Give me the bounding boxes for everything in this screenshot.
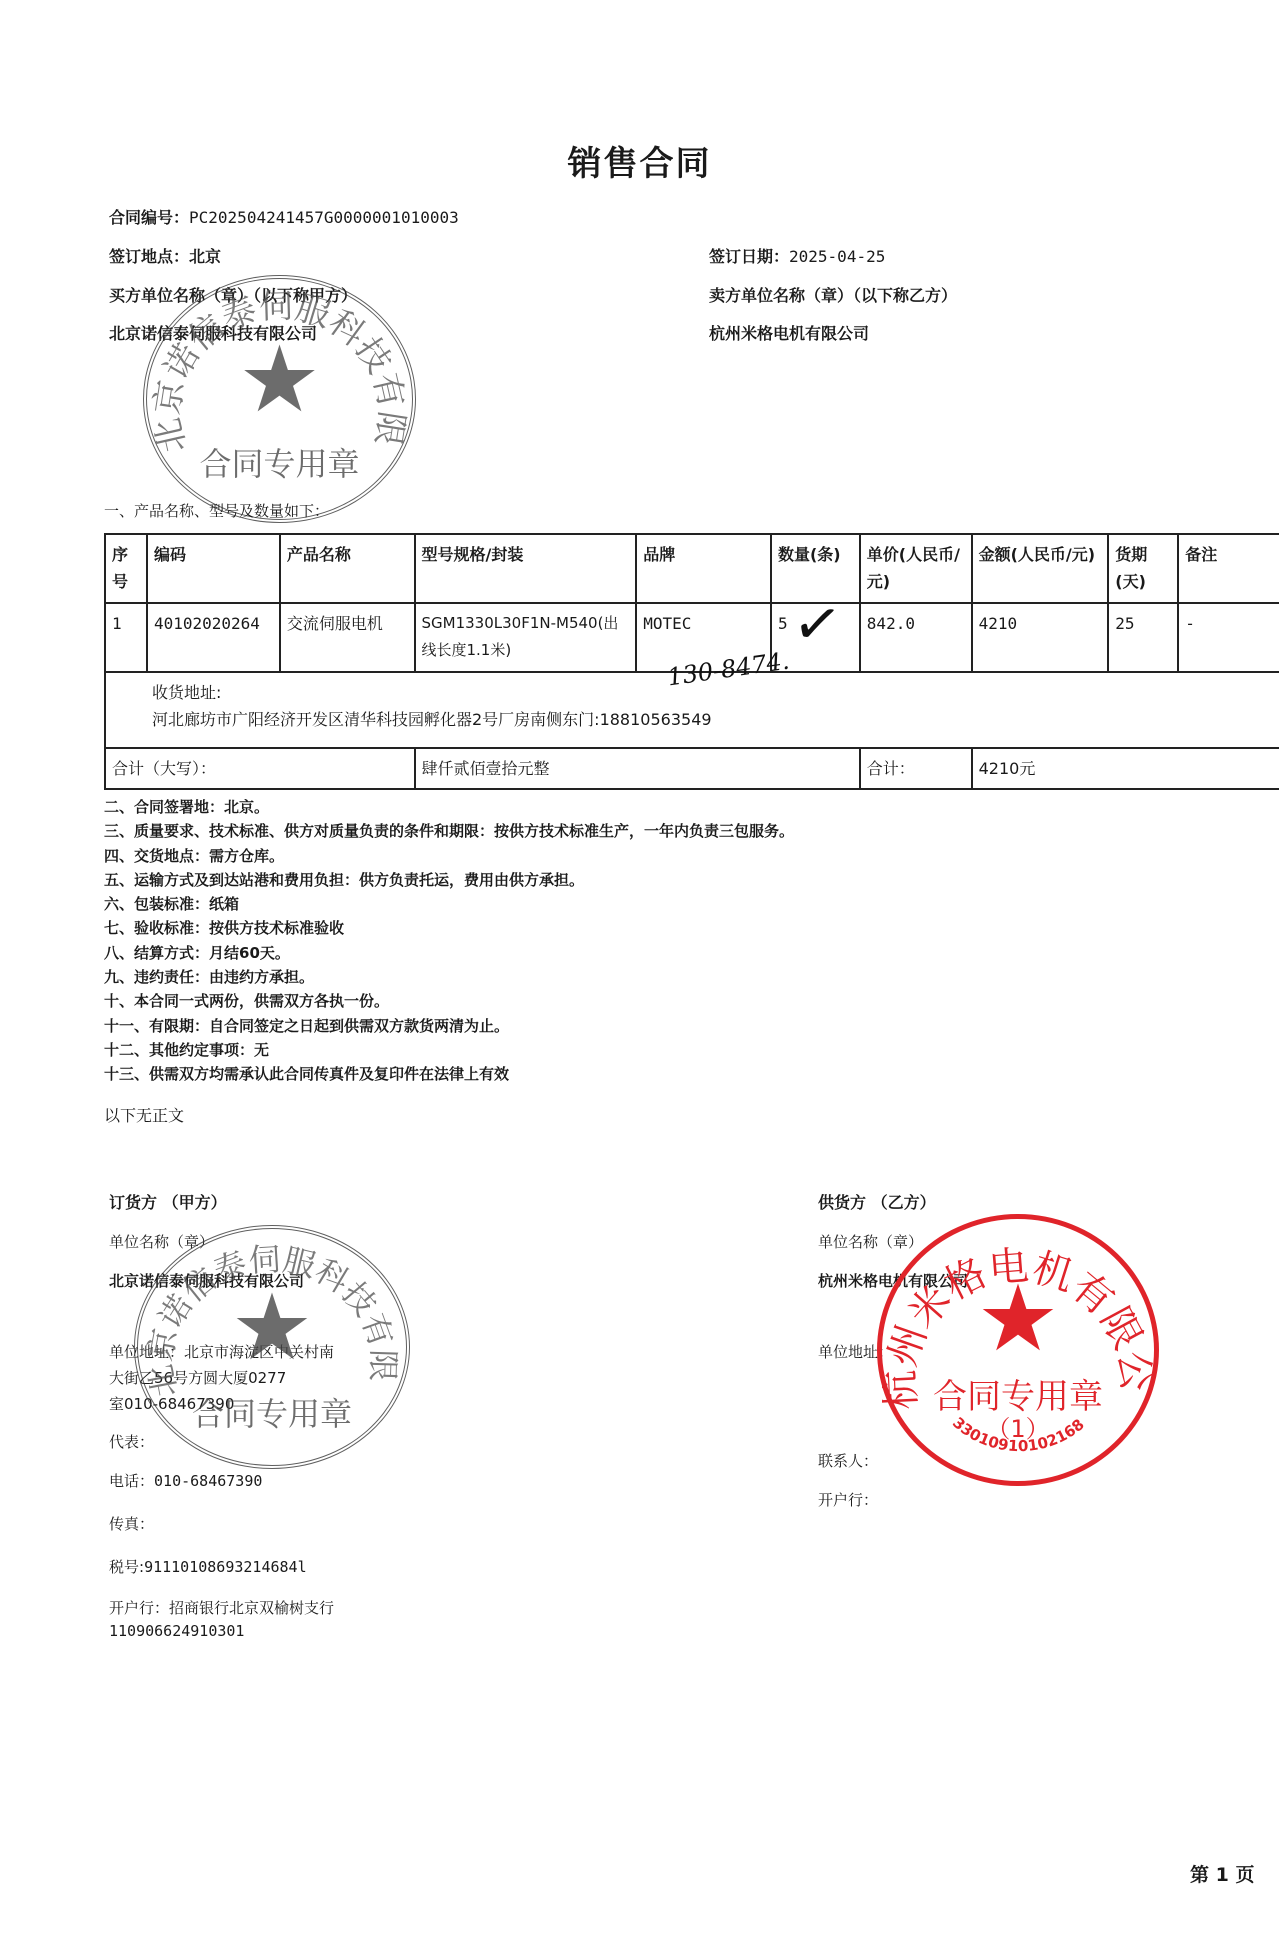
clause: 十三、供需双方均需承认此合同传真件及复印件在法律上有效	[104, 1062, 794, 1086]
buyer-tax: 税号:91110108693214684l	[109, 1556, 334, 1577]
header-cell: 编码	[147, 534, 280, 603]
header-cell: 序号	[105, 534, 147, 603]
seal-index: （1）	[882, 1409, 1154, 1444]
page-number: 第 1 页	[1190, 1860, 1254, 1887]
clause: 十、本合同一式两份，供需双方各执一份。	[104, 989, 794, 1013]
header-cell: 货期(天)	[1108, 534, 1178, 603]
clause: 七、验收标准：按供方技术标准验收	[104, 916, 794, 940]
seal-purpose: 合同专用章	[147, 439, 412, 485]
header-cell: 产品名称	[280, 534, 415, 603]
buyer-phone: 电话：010-68467390	[109, 1470, 334, 1491]
contract-clauses: 二、合同签署地：北京。 三、质量要求、技术标准、供方对质量负责的条件和期限：按供…	[104, 795, 794, 1087]
total-row: 合计（大写）： 肆仟贰佰壹拾元整 合计： 4210元	[105, 748, 1279, 789]
header-cell: 品牌	[636, 534, 771, 603]
document-title: 销售合同	[0, 136, 1279, 185]
clause: 十一、有限期：自合同签定之日起到供需双方款货两清为止。	[104, 1014, 794, 1038]
star-icon: ★	[231, 1282, 313, 1374]
contract-number-value: PC202504241457G0000001010003	[189, 208, 459, 227]
contract-number: 合同编号：PC202504241457G0000001010003	[109, 205, 459, 228]
star-icon: ★	[977, 1273, 1059, 1365]
cell-lead-time: 25	[1108, 603, 1178, 672]
clause: 八、结算方式：月结60天。	[104, 941, 794, 965]
star-icon: ★	[238, 334, 320, 426]
clause: 六、包装标准：纸箱	[104, 892, 794, 916]
buyer-phone-label: 电话：	[109, 1472, 154, 1490]
buyer-company-seal-bottom: 北京诺信泰伺服科技有限公司 ★ 合同专用章	[134, 1225, 410, 1469]
total-value: 4210元	[972, 748, 1279, 789]
clause: 十二、其他约定事项：无	[104, 1038, 794, 1062]
clause: 九、违约责任：由违约方承担。	[104, 965, 794, 989]
clause: 三、质量要求、技术标准、供方对质量负责的条件和期限：按供方技术标准生产，一年内负…	[104, 819, 794, 843]
seller-heading: 供货方 （乙方）	[818, 1190, 968, 1213]
seller-bank-label: 开户行：	[818, 1489, 968, 1510]
buyer-bank-label: 开户行：	[109, 1599, 169, 1617]
sign-date-label: 签订日期：	[709, 247, 789, 266]
handwritten-checkmark-icon: ✓	[789, 587, 847, 661]
seller-name: 杭州米格电机有限公司	[709, 321, 869, 344]
cell-unit-price: 842.0	[860, 603, 972, 672]
cell-amount: 4210	[972, 603, 1109, 672]
total-upper-label: 合计（大写）：	[105, 748, 415, 789]
sign-place-value: 北京	[189, 247, 221, 266]
header-cell: 金额(人民币/元)	[972, 534, 1109, 603]
buyer-tax-label: 税号:	[109, 1558, 144, 1576]
sign-place: 签订地点：北京	[109, 244, 221, 267]
cell-index: 1	[105, 603, 147, 672]
cell-code: 40102020264	[147, 603, 280, 672]
section-1-heading: 一、产品名称、型号及数量如下：	[104, 500, 329, 521]
buyer-tax-value: 91110108693214684l	[144, 1558, 307, 1576]
sign-date-value: 2025-04-25	[789, 247, 885, 266]
clause: 五、运输方式及到达站港和费用负担：供方负责托运，费用由供方承担。	[104, 868, 794, 892]
seal-purpose: 合同专用章	[138, 1389, 406, 1435]
cell-model: SGM1330L30F1N-M540(出线长度1.1米)	[415, 603, 637, 672]
buyer-phone-value: 010-68467390	[154, 1472, 262, 1490]
cell-product-name: 交流伺服电机	[280, 603, 415, 672]
buyer-heading: 订货方 （甲方）	[109, 1190, 334, 1213]
total-label: 合计：	[860, 748, 972, 789]
header-cell: 备注	[1178, 534, 1279, 603]
buyer-bank-value: 招商银行北京双榆树支行	[169, 1599, 334, 1617]
header-cell: 型号规格/封装	[415, 534, 637, 603]
cell-remark: -	[1178, 603, 1279, 672]
clause: 二、合同签署地：北京。	[104, 795, 794, 819]
buyer-fax-label: 传真：	[109, 1513, 334, 1534]
delivery-address: 河北廊坊市广阳经济开发区清华科技园孵化器2号厂房南侧东门:18810563549	[152, 706, 1276, 733]
buyer-account: 110906624910301	[109, 1622, 334, 1640]
total-upper-value: 肆仟贰佰壹拾元整	[415, 748, 860, 789]
end-of-text: 以下无正文	[104, 1103, 184, 1126]
seller-label: 卖方单位名称（章）（以下称乙方）	[709, 283, 957, 306]
sign-place-label: 签订地点：	[109, 247, 189, 266]
buyer-company-seal-top: 北京诺信泰伺服科技有限公司 ★ 合同专用章	[143, 275, 416, 523]
clause: 四、交货地点：需方仓库。	[104, 844, 794, 868]
seller-company-seal: 杭州米格电机有限公司 3301091010216​8 ★ 合同专用章 （1）	[877, 1214, 1159, 1486]
table-header-row: 序号 编码 产品名称 型号规格/封装 品牌 数量(条) 单价(人民币/元) 金额…	[105, 534, 1279, 603]
contract-number-label: 合同编号：	[109, 208, 189, 227]
buyer-bank: 开户行：招商银行北京双榆树支行	[109, 1597, 334, 1618]
sign-date: 签订日期：2025-04-25	[709, 244, 885, 267]
header-cell: 单价(人民币/元)	[860, 534, 972, 603]
